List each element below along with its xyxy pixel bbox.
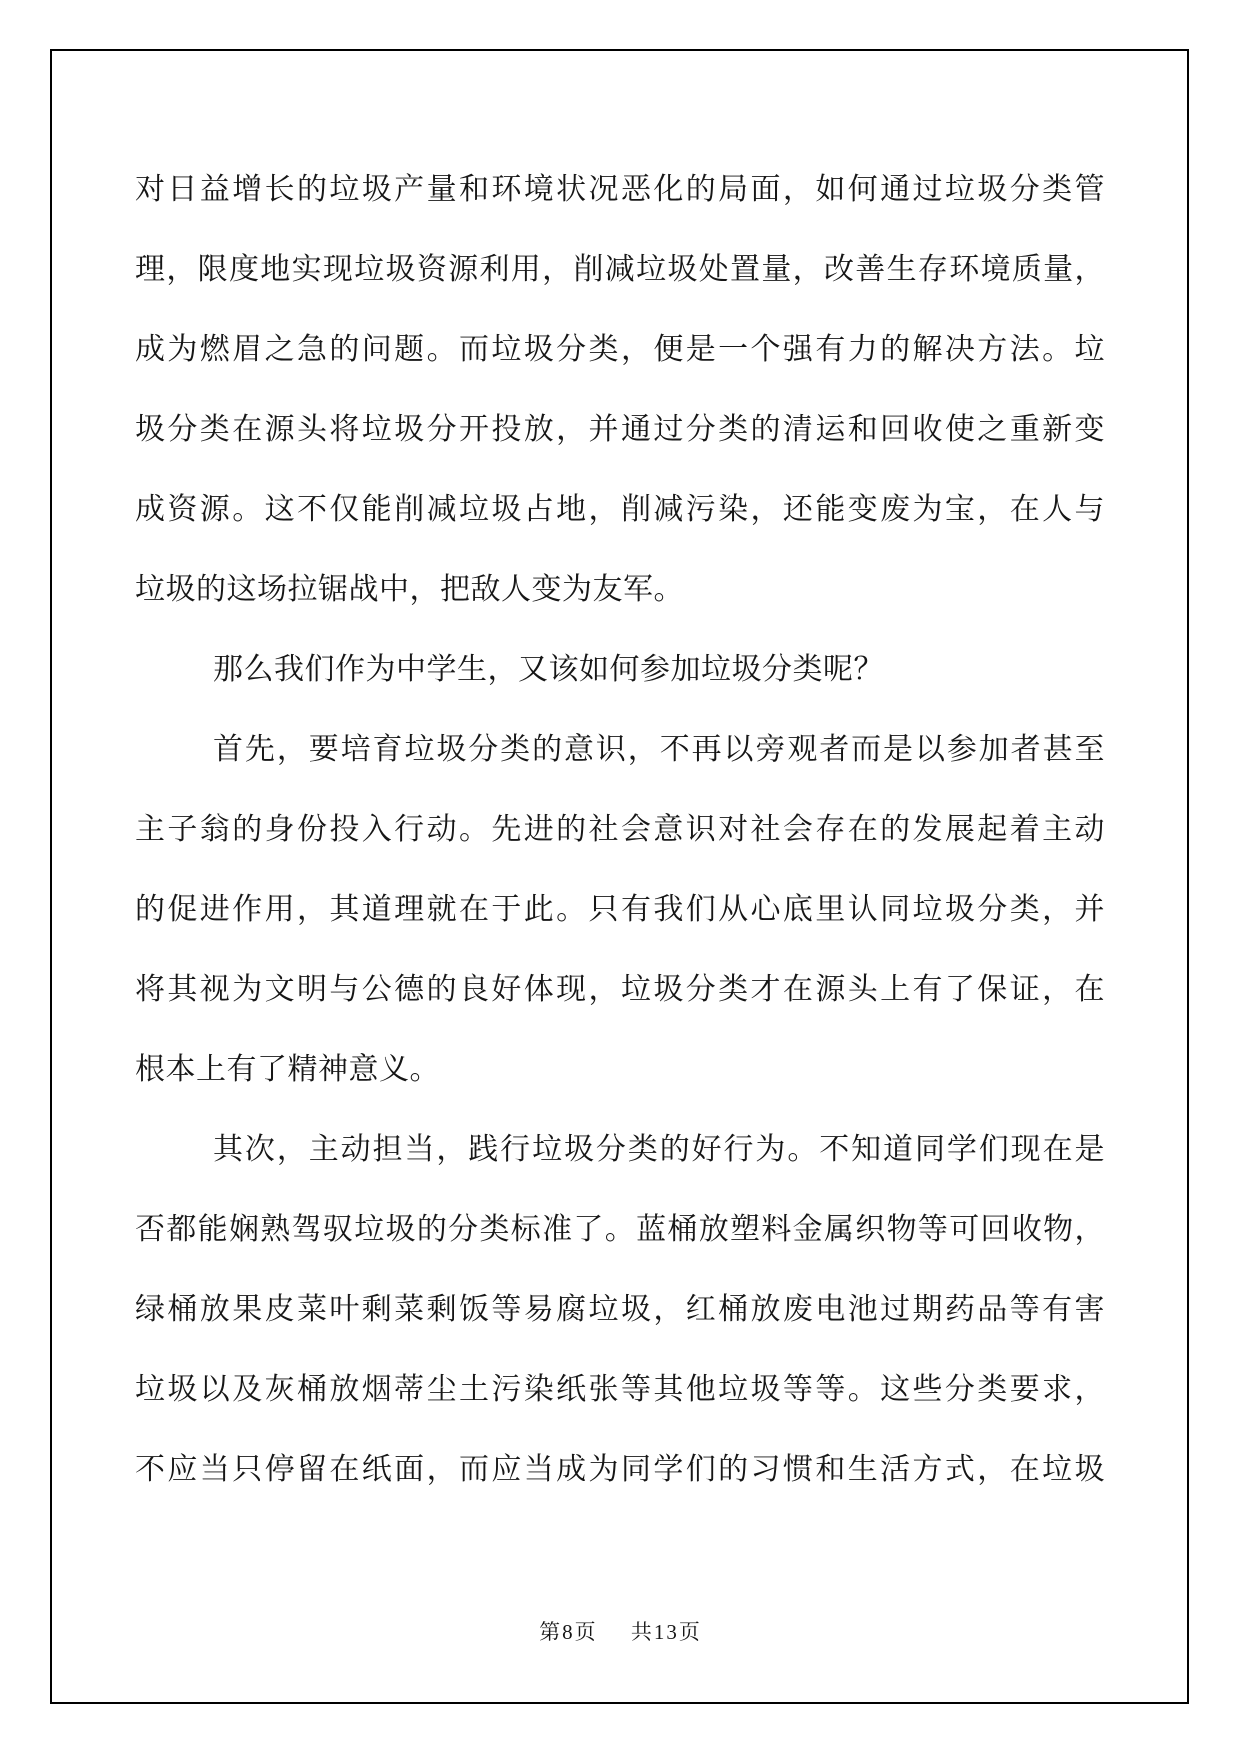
text-line: 的促进作用，其道理就在于此。只有我们从心底里认同垃圾分类，并 — [135, 870, 1105, 950]
text-line: 首先，要培育垃圾分类的意识，不再以旁观者而是以参加者甚至 — [135, 710, 1105, 790]
text-line: 成为燃眉之急的问题。而垃圾分类，便是一个强有力的解决方法。垃 — [135, 310, 1105, 390]
text-line: 对日益增长的垃圾产量和环境状况恶化的局面，如何通过垃圾分类管 — [135, 150, 1105, 230]
text-line: 不应当只停留在纸面，而应当成为同学们的习惯和生活方式，在垃圾 — [135, 1430, 1105, 1510]
page-number-total: 共13页 — [631, 1620, 702, 1644]
text-line: 垃圾以及灰桶放烟蒂尘土污染纸张等其他垃圾等等。这些分类要求， — [135, 1350, 1105, 1430]
text-line: 圾分类在源头将垃圾分开投放，并通过分类的清运和回收使之重新变 — [135, 390, 1105, 470]
text-line: 理，限度地实现垃圾资源利用，削减垃圾处置量，改善生存环境质量， — [135, 230, 1105, 310]
text-line: 否都能娴熟驾驭垃圾的分类标准了。蓝桶放塑料金属织物等可回收物， — [135, 1190, 1105, 1270]
body-text: 对日益增长的垃圾产量和环境状况恶化的局面，如何通过垃圾分类管 理，限度地实现垃圾… — [135, 150, 1105, 1510]
document-page: 对日益增长的垃圾产量和环境状况恶化的局面，如何通过垃圾分类管 理，限度地实现垃圾… — [0, 0, 1241, 1754]
text-line: 主子翁的身份投入行动。先进的社会意识对社会存在的发展起着主动 — [135, 790, 1105, 870]
text-line: 绿桶放果皮菜叶剩菜剩饭等易腐垃圾，红桶放废电池过期药品等有害 — [135, 1270, 1105, 1350]
text-line: 那么我们作为中学生，又该如何参加垃圾分类呢？ — [135, 630, 1105, 710]
text-line: 成资源。这不仅能削减垃圾占地，削减污染，还能变废为宝，在人与 — [135, 470, 1105, 550]
text-line: 垃圾的这场拉锯战中，把敌人变为友军。 — [135, 550, 1105, 630]
page-footer: 第8页 共13页 — [0, 1616, 1241, 1646]
text-line: 将其视为文明与公德的良好体现，垃圾分类才在源头上有了保证，在 — [135, 950, 1105, 1030]
text-line: 根本上有了精神意义。 — [135, 1030, 1105, 1110]
text-line: 其次，主动担当，践行垃圾分类的好行为。不知道同学们现在是 — [135, 1110, 1105, 1190]
page-number-current: 第8页 — [539, 1620, 598, 1644]
